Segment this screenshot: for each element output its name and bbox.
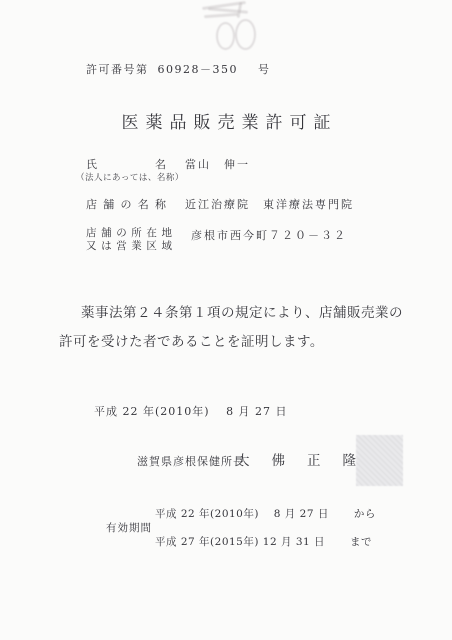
- validity-from-suffix: から: [354, 508, 376, 520]
- permit-number-line: 許可番号第60928－350号: [86, 61, 271, 77]
- licensee-name-sublabel: （法人にあっては、名称）: [76, 171, 184, 183]
- issue-date: 平成 22 年(2010年) 8 月 27 日: [94, 403, 288, 419]
- validity-to-line: 平成 27 年(2015年) 12 月 31 日まで: [155, 534, 372, 549]
- field-shop-name: 店舗の名称近江治療院 東洋療法専門院: [86, 196, 354, 212]
- permit-number-label: 許可番号第: [86, 63, 149, 76]
- shop-address-label: 店舗の所在地 又は営業区域: [86, 227, 172, 253]
- validity-period-label: 有効期間: [106, 520, 152, 535]
- permit-number-suffix: 号: [258, 63, 271, 76]
- certification-statement: 薬事法第２４条第１項の規定により、店舗販売業の 許可を受けた者であることを証明し…: [59, 299, 404, 356]
- validity-to-suffix: まで: [350, 536, 372, 548]
- stamp-stroke: [204, 13, 238, 18]
- certificate-title: 医薬品販売業許可証: [0, 108, 452, 133]
- shop-name-label: 店舗の名称: [86, 196, 166, 212]
- shop-address-value: 彦根市西今町７２０－３２: [191, 229, 347, 242]
- official-seal-stamp: [356, 435, 403, 486]
- faint-ink-stamp: [192, 0, 272, 50]
- stamp-ring: [216, 22, 235, 50]
- issuer-title: 滋賀県彦根保健所長: [137, 453, 245, 469]
- statement-line-1: 薬事法第２４条第１項の規定により、店舗販売業の: [59, 299, 404, 328]
- field-licensee-name: 氏名當山 伸一: [86, 156, 250, 172]
- licensee-name-value: 當山 伸一: [185, 158, 250, 171]
- shop-address-label-line1: 店舗の所在地: [86, 227, 172, 240]
- shop-address-label-line2: 又は営業区域: [86, 240, 172, 253]
- stamp-ring: [235, 19, 256, 50]
- permit-number-value: 60928－350: [158, 63, 239, 76]
- validity-from-date: 平成 22 年(2010年) 8 月 27 日: [155, 508, 329, 520]
- licensee-name-label: 氏名: [86, 156, 166, 172]
- shop-name-value: 近江治療院 東洋療法専門院: [185, 198, 354, 211]
- validity-to-date: 平成 27 年(2015年) 12 月 31 日: [155, 536, 325, 548]
- scanned-certificate-page: 許可番号第60928－350号 医薬品販売業許可証 氏名當山 伸一 （法人にあっ…: [0, 0, 452, 640]
- statement-line-2: 許可を受けた者であることを証明します。: [59, 328, 404, 357]
- validity-from-line: 平成 22 年(2010年) 8 月 27 日から: [155, 506, 376, 521]
- field-shop-address: 店舗の所在地 又は営業区域 彦根市西今町７２０－３２: [86, 227, 347, 253]
